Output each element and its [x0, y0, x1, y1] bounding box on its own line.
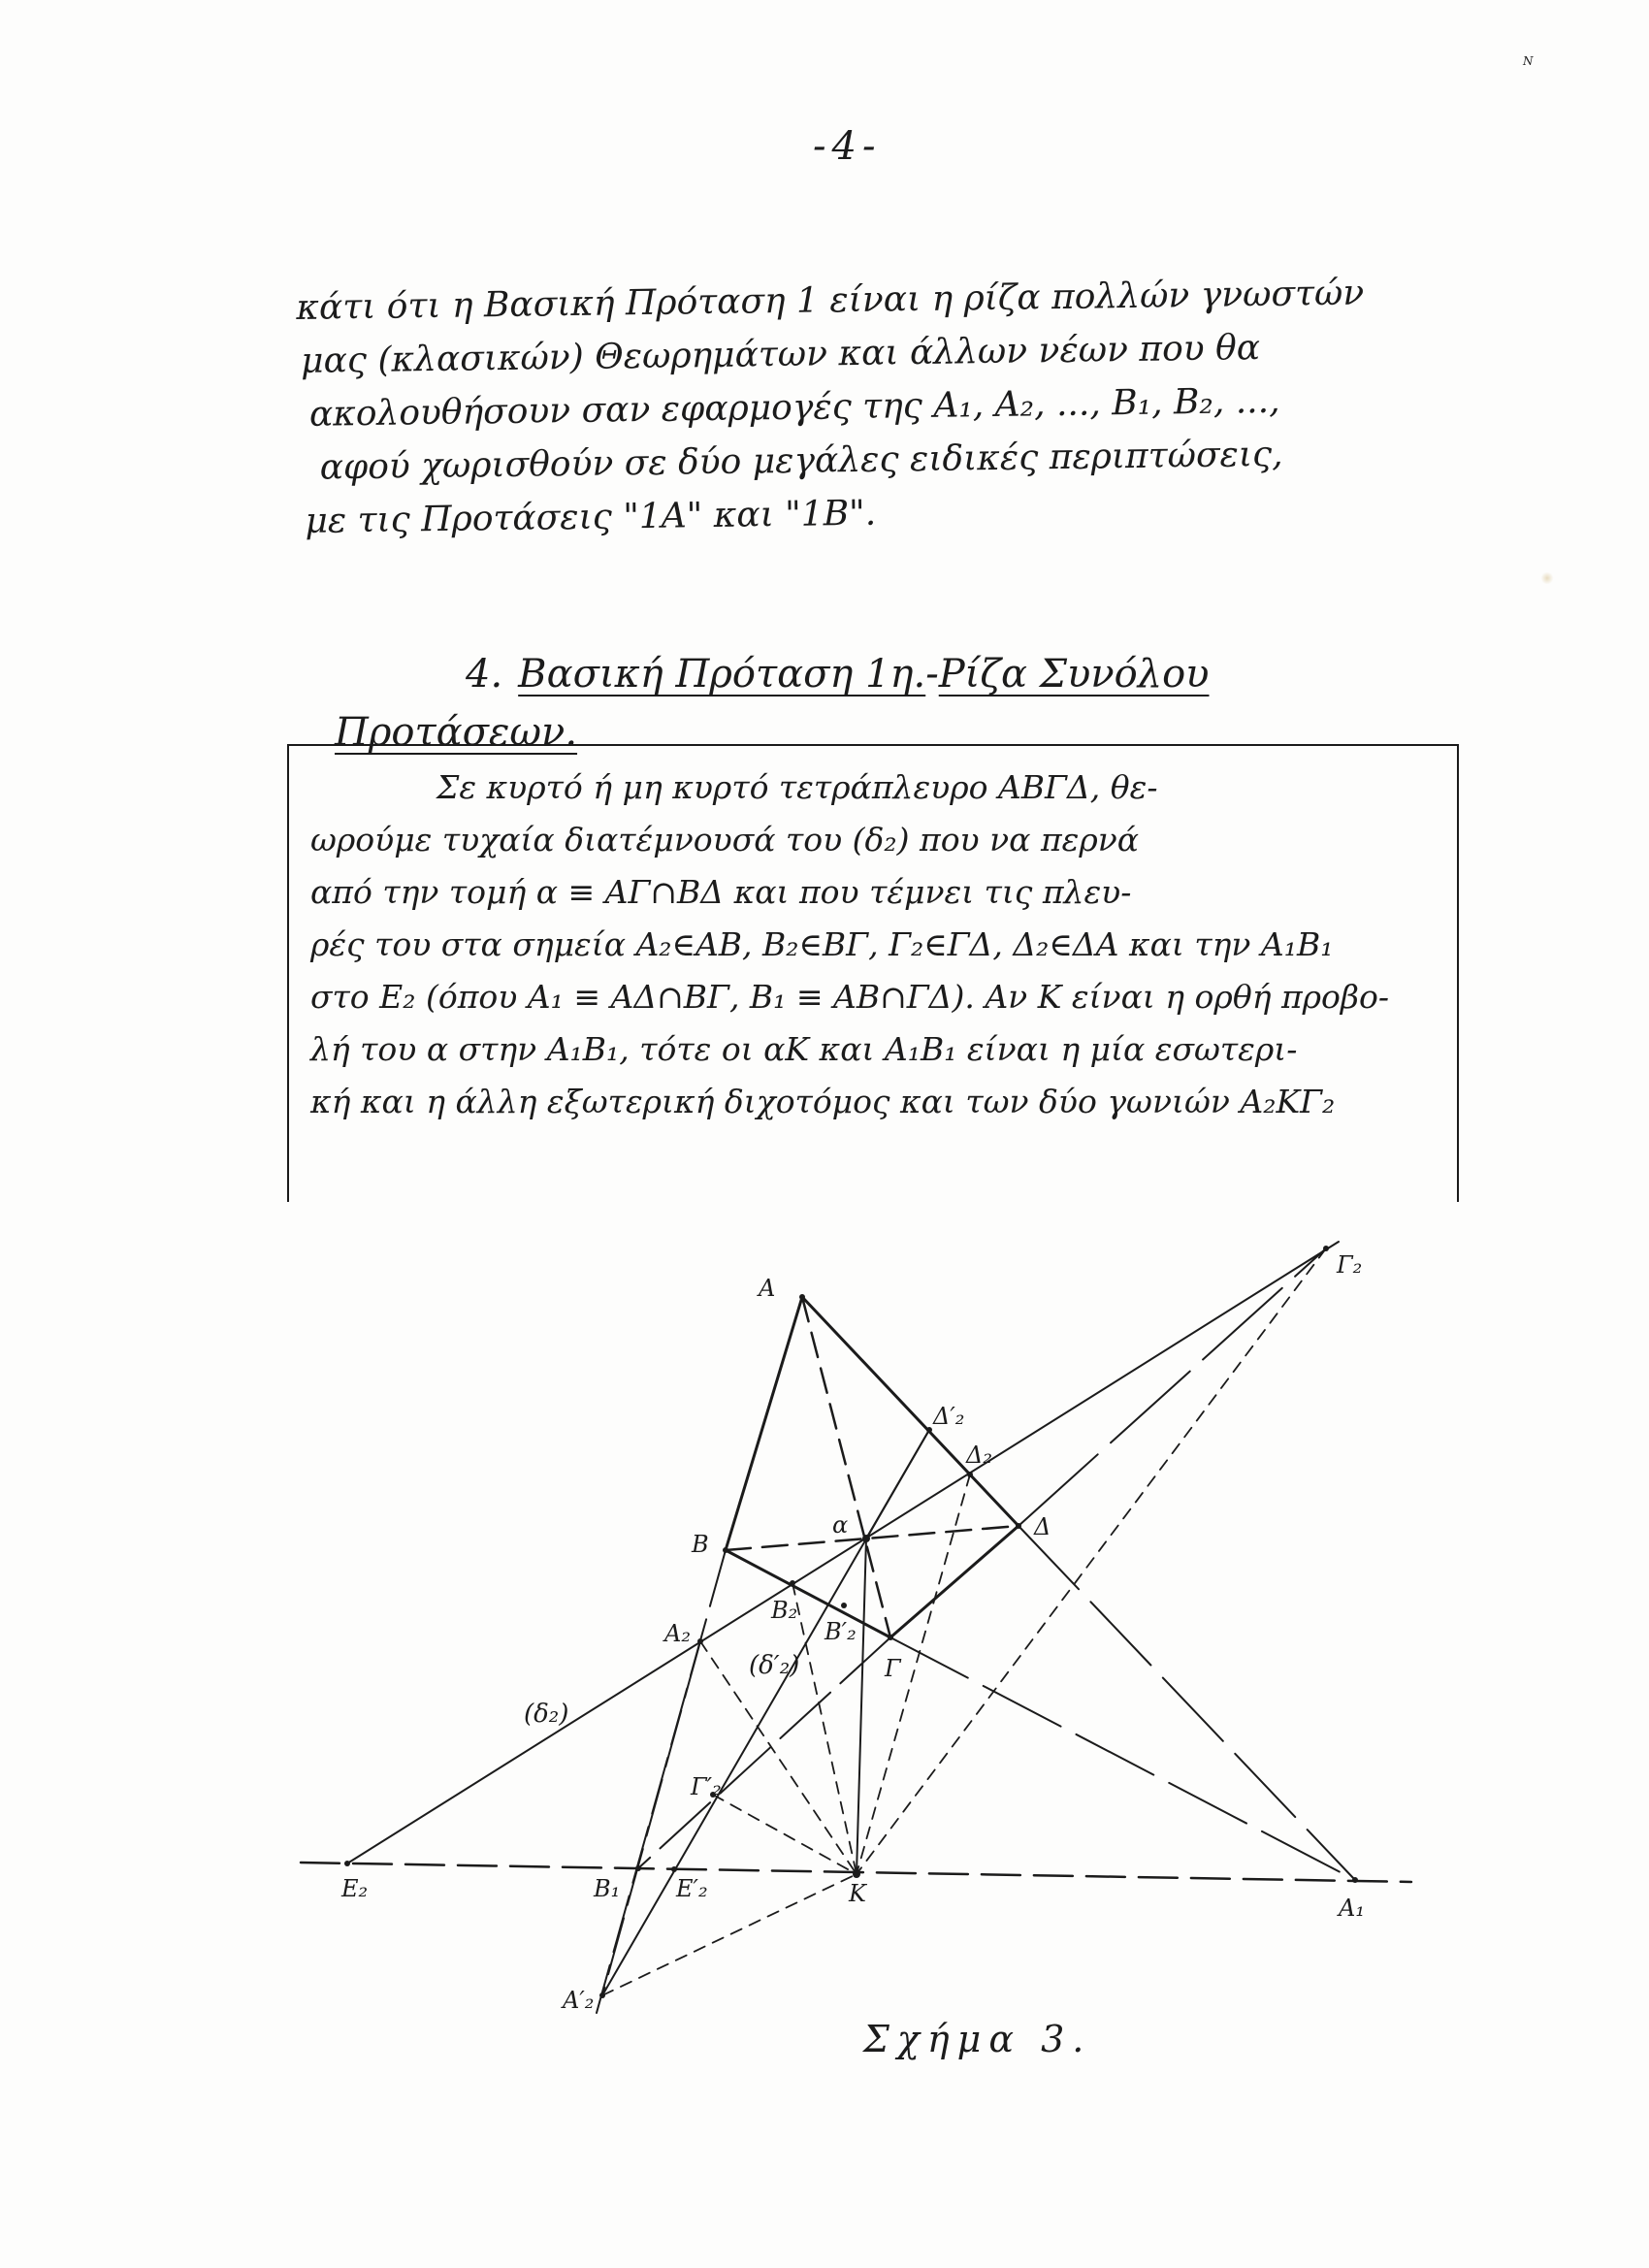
transversal-delta2-prime: [602, 1430, 929, 1995]
diagonals: [726, 1297, 1018, 1637]
label-gamma2: Γ₂: [1336, 1251, 1362, 1279]
figure-labels: A B Γ Δ α A₁ B₁ K E₂ A₂ B₂ Γ₂ Δ₂ B′₂ Δ′₂…: [340, 1251, 1365, 2014]
label-delta2-prime-line: (δ′₂): [749, 1651, 799, 1680]
figure-points: [344, 1246, 1358, 1998]
line-a1b1: [301, 1863, 1411, 1882]
label-b: B: [691, 1531, 709, 1558]
paper-speck: [1540, 572, 1554, 584]
section-separator: -: [925, 652, 939, 697]
transversal-delta2: [347, 1242, 1339, 1863]
rays-to-k: [602, 1248, 1326, 1995]
theorem-box: Σε κυρτό ή μη κυρτό τετράπλευρο ΑΒΓΔ, θε…: [287, 744, 1459, 1202]
label-b2: B₂: [770, 1597, 797, 1624]
intro-paragraph: κάτι ότι η Βασική Πρόταση 1 είναι η ρίζα…: [296, 265, 1473, 548]
line-ad-extension: [1018, 1526, 1355, 1880]
label-e2-prime: E′₂: [675, 1875, 708, 1902]
line-dg-extension: [638, 1637, 890, 1868]
line-dg-to-g2: [1018, 1248, 1326, 1526]
section-title-part2: Ρίζα Συνόλου: [939, 652, 1210, 697]
page-number: -4-: [813, 124, 881, 169]
theorem-line: Σε κυρτό ή μη κυρτό τετράπλευρο ΑΒΓΔ, θε…: [310, 761, 1445, 814]
label-k: K: [848, 1880, 868, 1907]
label-a2: A₂: [663, 1620, 691, 1647]
label-gamma: Γ: [884, 1655, 902, 1682]
label-delta2-prime: Δ′₂: [932, 1403, 964, 1430]
theorem-line: στο E₂ (όπου A₁ ≡ AΔ∩BΓ, B₁ ≡ AB∩ΓΔ). Αν…: [310, 971, 1445, 1023]
label-b2-prime: B′₂: [824, 1618, 857, 1645]
theorem-text: Σε κυρτό ή μη κυρτό τετράπλευρο ΑΒΓΔ, θε…: [310, 761, 1445, 1128]
label-delta: Δ: [1033, 1513, 1051, 1540]
label-e2: E₂: [340, 1875, 368, 1902]
perpendicular-alpha-k: [857, 1539, 866, 1874]
line-bg-extension: [890, 1637, 1355, 1880]
theorem-line: λή του α στην A₁B₁, τότε οι αK και A₁B₁ …: [310, 1023, 1445, 1076]
label-gamma2-prime: Γ′₂: [690, 1773, 722, 1800]
label-a1: A₁: [1337, 1895, 1365, 1922]
quadrilateral: [726, 1297, 1018, 1637]
theorem-line: από την τομή α ≡ ΑΓ∩ΒΔ και που τέμνει τι…: [310, 866, 1445, 919]
section-number: 4.: [466, 652, 502, 697]
line-alpha-d2p: [866, 1430, 929, 1539]
line-ab-extension: [597, 1550, 726, 2013]
label-delta2: Δ₂: [965, 1442, 992, 1469]
corner-mark: N: [1523, 54, 1534, 68]
theorem-line: ρές του στα σημεία A₂∈AB, B₂∈BΓ, Γ₂∈ΓΔ, …: [310, 919, 1445, 971]
figure-caption: Σχήμα 3.: [863, 2018, 1091, 2060]
label-a: A: [757, 1275, 775, 1302]
label-alpha: α: [832, 1511, 848, 1539]
theorem-line: ωρούμε τυχαία διατέμνουσά του (δ₂) που ν…: [310, 814, 1445, 866]
line-a2-a2p: [602, 1641, 700, 1995]
label-b1: B₁: [593, 1875, 620, 1902]
theorem-line: κή και η άλλη εξωτερική διχοτόμος και τω…: [310, 1076, 1445, 1128]
label-delta2-line: (δ₂): [524, 1700, 568, 1729]
section-title-part1: Βασική Πρόταση 1η.: [518, 652, 925, 697]
label-a2-prime: A′₂: [561, 1987, 594, 2014]
